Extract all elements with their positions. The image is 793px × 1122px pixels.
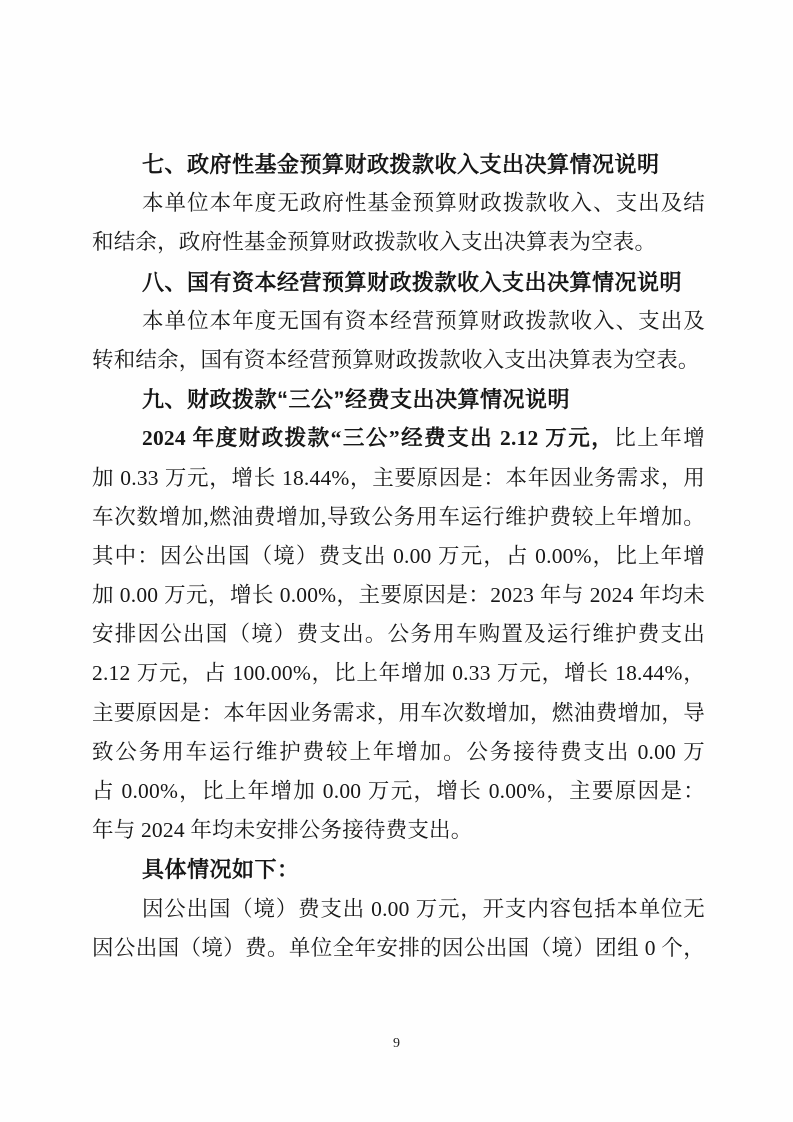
- section-nine-heading: 九、财政拨款“三公”经费支出决算情况说明: [92, 380, 705, 419]
- paragraph-line: 加 0.00 万元，增长 0.00%，主要原因是：2023 年与 2024 年均…: [92, 576, 705, 615]
- detail-heading: 具体情况如下：: [92, 850, 705, 889]
- paragraph-line: 因公出国（境）费支出 0.00 万元，开支内容包括本单位无: [92, 890, 705, 929]
- paragraph-line: 年与 2024 年均未安排公务接待费支出。: [92, 811, 705, 850]
- section-eight-heading: 八、国有资本经营预算财政拨款收入支出决算情况说明: [92, 263, 705, 302]
- paragraph-lead-line: 2024 年度财政拨款“三公”经费支出 2.12 万元，比上年增: [92, 419, 705, 458]
- lead-rest-text: 比上年增: [614, 426, 705, 450]
- section-seven-heading: 七、政府性基金预算财政拨款收入支出决算情况说明: [92, 145, 705, 184]
- lead-bold-text: 2024 年度财政拨款“三公”经费支出 2.12 万元，: [142, 426, 614, 450]
- document-body: 七、政府性基金预算财政拨款收入支出决算情况说明 本单位本年度无政府性基金预算财政…: [92, 145, 705, 968]
- paragraph-line: 2.12 万元，占 100.00%，比上年增加 0.33 万元，增长 18.44…: [92, 654, 705, 693]
- paragraph-line: 转和结余，国有资本经营预算财政拨款收入支出决算表为空表。: [92, 341, 705, 380]
- paragraph-line: 和结余，政府性基金预算财政拨款收入支出决算表为空表。: [92, 223, 705, 262]
- paragraph-line: 其中：因公出国（境）费支出 0.00 万元，占 0.00%，比上年增: [92, 537, 705, 576]
- paragraph-line: 占 0.00%，比上年增加 0.00 万元，增长 0.00%，主要原因是：202…: [92, 772, 705, 811]
- paragraph-line: 安排因公出国（境）费支出。公务用车购置及运行维护费支出: [92, 615, 705, 654]
- paragraph-line: 因公出国（境）费。单位全年安排的因公出国（境）团组 0 个，: [92, 929, 705, 968]
- document-page: 七、政府性基金预算财政拨款收入支出决算情况说明 本单位本年度无政府性基金预算财政…: [0, 0, 793, 1122]
- paragraph-line: 主要原因是：本年因业务需求，用车次数增加，燃油费增加，导: [92, 694, 705, 733]
- paragraph-line: 致公务用车运行维护费较上年增加。公务接待费支出 0.00 万元，: [92, 733, 705, 772]
- page-number: 9: [0, 1036, 793, 1052]
- paragraph-line: 本单位本年度无国有资本经营预算财政拨款收入、支出及结: [92, 302, 705, 341]
- paragraph-line: 加 0.33 万元，增长 18.44%，主要原因是：本年因业务需求，用: [92, 459, 705, 498]
- paragraph-line: 本单位本年度无政府性基金预算财政拨款收入、支出及结转: [92, 184, 705, 223]
- paragraph-line: 车次数增加,燃油费增加,导致公务用车运行维护费较上年增加。: [92, 498, 705, 537]
